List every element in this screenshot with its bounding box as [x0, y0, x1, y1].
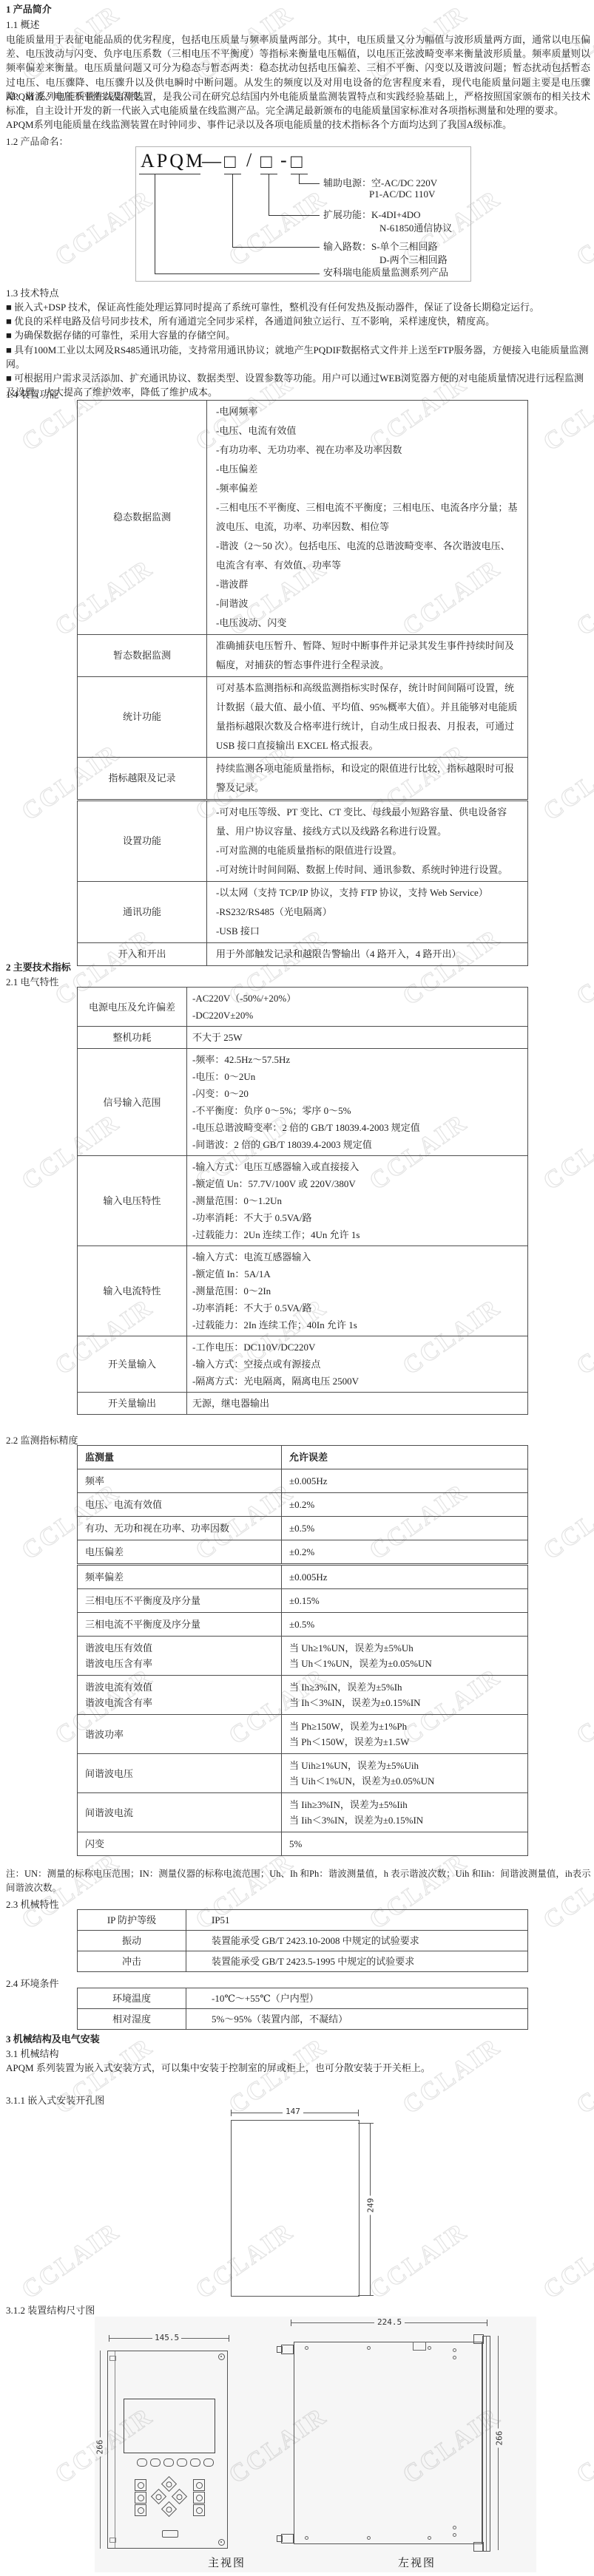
table-cell-label: 开关量输入: [78, 1336, 187, 1393]
keypad-button: [135, 2479, 146, 2491]
table-cell-label: 指标越限及记录: [78, 758, 207, 801]
keypad-button: [193, 2479, 205, 2491]
screw-dot: [305, 2346, 308, 2350]
naming-label-aux-1: 辅助电源：空-AC/DC 220V: [323, 175, 437, 189]
table-row: 开关量输入-工作电压：DC110V/DC220V -输入方式：空接点或有源接点 …: [78, 1336, 528, 1393]
screw-dot: [367, 2346, 371, 2350]
led-indicator: [150, 2458, 161, 2467]
table-cell-label: 环境温度: [78, 1988, 186, 2009]
arrow-key-down: [161, 2501, 177, 2517]
table-row: 有功、无功和视在功率、功率因数±0.5%: [78, 1517, 528, 1540]
naming-label-ext-2: N-61850通信协议: [379, 220, 452, 234]
table-cell-label: 稳态数据监测: [78, 401, 207, 635]
table-row: 振动装置能承受 GB/T 2423.10-2008 中规定的试验要求: [78, 1931, 528, 1951]
dimension-figure: 145.5 266: [95, 2317, 536, 2572]
lcd-screen: [124, 2399, 215, 2453]
table-cell-value: 无源，继电器输出: [187, 1393, 528, 1415]
table-row: 设置功能-可对电压等级、PT 变比、CT 变比、母线最小短路容量、供电设备容量、…: [78, 801, 528, 882]
accuracy-table: 监测量允许误差频率±0.005Hz电压、电流有效值±0.2%有功、无功和视在功率…: [77, 1445, 528, 1856]
overview-paragraph-2: APQM 系列电能质量在线监测装置，是我公司在研究总结国内外电能质量监测装置特点…: [6, 89, 590, 118]
table-row: 谐波电压有效值 谐波电压含有率当 Uh≥1%UN，误差为±5%Uh 当 Uh＜1…: [78, 1637, 528, 1676]
overview-paragraph-3: APQM系列电能质量在线监测装置在时钟同步、事件记录以及各项电能质量的技术指标各…: [6, 118, 590, 132]
feature-item: ■ 为确保数据存储的可靠性，采用大容量的存储空间。: [6, 328, 592, 342]
usb-port-cover: [162, 2530, 178, 2538]
product-naming-diagram: APQM — □ / □ - □ 辅助电源：空-AC/DC 220V P1-AC…: [135, 146, 471, 282]
table-cell-value: 当 Uih≥1%UN，误差为±5%Uih 当 Uih＜1%UN，误差为±0.05…: [282, 1754, 528, 1793]
arrow-key-right: [172, 2489, 187, 2504]
table-row: 暂态数据监测准确捕获电压暂升、暂降、短时中断事件并记录其发生事件持续时间及幅度，…: [78, 635, 528, 677]
table-cell-value: ±0.005Hz: [282, 1469, 528, 1493]
arrow-key-left: [151, 2489, 166, 2504]
mount-tab: [473, 2334, 484, 2344]
table-cell-value: IP51: [186, 1910, 528, 1931]
table-cell-value: 装置能承受 GB/T 2423.5-1995 中规定的试验要求: [186, 1951, 528, 1972]
table-cell-value: ±0.15%: [282, 1589, 528, 1613]
table-row: 闪变5%: [78, 1832, 528, 1856]
naming-label-series: 安科瑞电能质量监测系列产品: [323, 265, 448, 279]
table-cell-label: 频率: [78, 1469, 282, 1493]
device-functions-table: 稳态数据监测-电网频率 -电压、电流有效值 -有功功率、无功功率、视在功率及功率…: [77, 400, 528, 966]
table-cell-label: 开入和开出: [78, 943, 207, 966]
screw-dot: [367, 2536, 371, 2540]
table-cell-value: 用于外部触发记录和越限告警输出（4 路开入，4 路开出）: [207, 943, 528, 966]
section-1-4-title: 1.4 装置功能: [6, 387, 59, 401]
screw-dot: [453, 2533, 456, 2537]
table-cell-label: 监测量: [78, 1446, 282, 1469]
naming-label-input-1: 输入路数：S-单个三相回路: [323, 239, 438, 253]
table-row: 稳态数据监测-电网频率 -电压、电流有效值 -有功功率、无功功率、视在功率及功率…: [78, 401, 528, 635]
cutout-dim-ext: [358, 2295, 374, 2296]
table-cell-label: 设置功能: [78, 801, 207, 882]
screw-dot: [428, 2346, 431, 2350]
table-row: 间谐波电压当 Uih≥1%UN，误差为±5%Uih 当 Uih＜1%UN，误差为…: [78, 1754, 528, 1793]
feature-item: ■ 可根据用户需求灵活添加、扩充通讯协议、数据类型、设置参数等功能。用户可以通过…: [6, 371, 592, 399]
table-row: 整机功耗不大于 25W: [78, 1027, 528, 1049]
section-1-1-title: 1.1 概述: [6, 17, 40, 31]
screw-dot: [453, 2348, 456, 2352]
table-cell-value: ±0.5%: [282, 1517, 528, 1540]
table-cell-value: 持续监测各项电能质量指标，和设定的限值进行比较，指标越限时可报警及记录。: [207, 758, 528, 801]
table-cell-value: -工作电压：DC110V/DC220V -输入方式：空接点或有源接点 -隔离方式…: [187, 1336, 528, 1393]
keypad-button: [135, 2492, 146, 2504]
table-row: 三相电压不平衡度及序分量±0.15%: [78, 1589, 528, 1613]
led-indicator: [163, 2458, 174, 2467]
table-cell-value: 不大于 25W: [187, 1027, 528, 1049]
table-row: 谐波功率当 Ph≥150W，误差为±1%Ph 当 Ph＜150W，误差为±1.5…: [78, 1715, 528, 1754]
section-1-3-title: 1.3 技术特点: [6, 285, 59, 299]
cutout-dim-ext: [358, 2123, 374, 2124]
table-row: 统计功能可对基本监测指标和高级监测指标实时保存，统计时间间隔可设置，统计数据（最…: [78, 677, 528, 758]
table-row: 输入电压特性-输入方式：电压互感器输入或直接接入 -额定值 Un：57.7V/1…: [78, 1156, 528, 1246]
terminal-knob-cap: [277, 2346, 283, 2353]
electrical-characteristics-table: 电源电压及允许偏差-AC220V（-50%/+20%） -DC220V±20%整…: [77, 987, 528, 1415]
environment-table: 环境温度-10℃～+55℃（户内型）相对湿度5%～95%（装置内部，不凝结）: [77, 1988, 528, 2030]
naming-title-hyphen: -: [280, 149, 287, 171]
table-cell-label: 谐波功率: [78, 1715, 282, 1754]
table-cell-value: -可对电压等级、PT 变比、CT 变比、母线最小短路容量、供电设备容量、用户协议…: [207, 801, 528, 882]
front-width-dim: 145.5: [152, 2333, 181, 2342]
mount-tab: [473, 2542, 484, 2552]
table-row: 间谐波电流当 Iih≥3%IN，误差为±5%Iih 当 Iih＜3%IN，误差为…: [78, 1793, 528, 1832]
table-cell-label: 输入电压特性: [78, 1156, 187, 1246]
screw-icon: [218, 2539, 225, 2546]
table-cell-label: 整机功耗: [78, 1027, 187, 1049]
table-cell-label: 开关量输出: [78, 1393, 187, 1415]
table-cell-label: 谐波电流有效值 谐波电流含有率: [78, 1676, 282, 1715]
side-dim-tick: [291, 2320, 291, 2326]
table-cell-label: 冲击: [78, 1951, 186, 1972]
table-cell-value: -输入方式：电流互感器输入 -额定值 In：5A/1A -测量范围：0～2In …: [187, 1246, 528, 1336]
feature-item: ■ 嵌入式+DSP 技术，保证高性能处理运算同时提高了系统可靠性，整机没有任何发…: [6, 300, 592, 314]
table-cell-value: -电网频率 -电压、电流有效值 -有功功率、无功功率、视在功率及功率因数 -电压…: [207, 401, 528, 635]
naming-title-apqm: APQM: [141, 150, 205, 172]
table-row: 相对湿度5%～95%（装置内部，不凝结）: [78, 2009, 528, 2030]
side-body-outline: [294, 2342, 482, 2544]
table-cell-value: -频率：42.5Hz～57.5Hz -电压：0～2Un -闪变：0～20 -不平…: [187, 1049, 528, 1156]
section-1-2-title: 1.2 产品命名：: [6, 134, 69, 148]
table-cell-label: 电压偏差: [78, 1540, 282, 1565]
table-cell-value: 5%～95%（装置内部，不凝结）: [186, 2009, 528, 2030]
section-2-2-title: 2.2 监测指标精度: [6, 1433, 78, 1447]
table-row: 谐波电流有效值 谐波电流含有率当 Ih≥3%IN，误差为±5%Ih 当 Ih＜3…: [78, 1676, 528, 1715]
table-row: IP 防护等级IP51: [78, 1910, 528, 1931]
front-panel-strip: [115, 2351, 115, 2548]
document-content: 1 产品简介 1.1 概述 电能质量用于表征电能品质的优劣程度，包括电压质量与频…: [0, 0, 594, 2576]
naming-title-box2: □: [260, 151, 272, 173]
table-cell-label: 暂态数据监测: [78, 635, 207, 677]
section-3-1-2-title: 3.1.2 装置结构尺寸图: [6, 2303, 95, 2317]
table-cell-label: 三相电流不平衡度及序分量: [78, 1613, 282, 1637]
table-cell-value: ±0.005Hz: [282, 1565, 528, 1589]
table-row: 输入电流特性-输入方式：电流互感器输入 -额定值 In：5A/1A -测量范围：…: [78, 1246, 528, 1336]
screw-dot: [428, 2536, 431, 2540]
table-row: 通讯功能-以太网（支持 TCP/IP 协议，支持 FTP 协议，支持 Web S…: [78, 882, 528, 943]
led-indicator: [190, 2458, 200, 2467]
arrow-key-up: [161, 2476, 177, 2492]
table-cell-value: 当 Iih≥3%IN，误差为±5%Iih 当 Iih＜3%IN，误差为±0.15…: [282, 1793, 528, 1832]
top-bracket: [413, 2342, 426, 2351]
section-2-title: 2 主要技术指标: [6, 959, 71, 973]
led-indicator: [177, 2458, 187, 2467]
terminal-knob: [281, 2345, 294, 2354]
table-row: 电压、电流有效值±0.2%: [78, 1493, 528, 1517]
table-cell-value: 5%: [282, 1832, 528, 1856]
table-cell-label: 通讯功能: [78, 882, 207, 943]
table-cell-value: 当 Ih≥3%IN，误差为±5%Ih 当 Ih＜3%IN，误差为±0.15%IN: [282, 1676, 528, 1715]
table-cell-label: 闪变: [78, 1832, 282, 1856]
table-cell-label: 谐波电压有效值 谐波电压含有率: [78, 1637, 282, 1676]
front-dim-tick: [109, 2335, 109, 2342]
front-panel-outline: [107, 2351, 228, 2549]
led-indicator: [203, 2458, 214, 2467]
table-cell-value: 准确捕获电压暂升、暂降、短时中断事件并记录其发生事件持续时间及幅度，对捕获的暂态…: [207, 635, 528, 677]
keypad-button: [135, 2504, 146, 2516]
table-cell-label: 电压、电流有效值: [78, 1493, 282, 1517]
table-cell-value: 允许误差: [282, 1446, 528, 1469]
table-cell-label: 电源电压及允许偏差: [78, 988, 187, 1027]
screw-dot: [453, 2356, 456, 2359]
cutout-rectangle: [231, 2120, 360, 2297]
table-cell-value: 装置能承受 GB/T 2423.10-2008 中规定的试验要求: [186, 1931, 528, 1951]
structure-paragraph: APQM 系列装置为嵌入式安装方式，可以集中安装于控制室的屏或柜上，也可分散安装…: [6, 2061, 479, 2076]
table-cell-label: 统计功能: [78, 677, 207, 758]
cutout-height-dim: 249: [365, 2196, 375, 2215]
front-view-label: 主视图: [208, 2555, 246, 2570]
table-cell-value: -输入方式：电压互感器输入或直接接入 -额定值 Un：57.7V/100V 或 …: [187, 1156, 528, 1246]
table-cell-value: -以太网（支持 TCP/IP 协议，支持 FTP 协议，支持 Web Servi…: [207, 882, 528, 943]
table-cell-value: 当 Uh≥1%UN，误差为±5%Uh 当 Uh＜1%UN，误差为±0.05%UN: [282, 1637, 528, 1676]
naming-title-box1: □: [224, 151, 236, 173]
section-1-title: 1 产品简介: [6, 1, 52, 16]
mount-notch: [109, 2356, 116, 2361]
table-row: 电压偏差±0.2%: [78, 1540, 528, 1565]
table-cell-value: ±0.2%: [282, 1493, 528, 1517]
feature-item: ■ 优良的采样电路及信号同步技术，所有通道完全同步采样，各通道间独立运行、互不影…: [6, 314, 592, 328]
feature-item: ■ 具有100M工业以太网及RS485通讯功能，支持常用通讯协议；就地产生PQD…: [6, 343, 592, 371]
section-3-title: 3 机械结构及电气安装: [6, 2031, 100, 2045]
table-cell-label: 相对湿度: [78, 2009, 186, 2030]
table-row: 开入和开出用于外部触发记录和越限告警输出（4 路开入，4 路开出）: [78, 943, 528, 966]
cutout-width-dim: 147: [283, 2107, 303, 2116]
cutout-dim-tick: [358, 2110, 359, 2116]
table-row: 频率偏差±0.005Hz: [78, 1565, 528, 1589]
table-cell-label: 信号输入范围: [78, 1049, 187, 1156]
screw-dot: [453, 2526, 456, 2529]
side-width-dim: 224.5: [374, 2317, 405, 2327]
table-row: 指标越限及记录持续监测各项电能质量指标，和设定的限值进行比较，指标越限时可报警及…: [78, 758, 528, 801]
naming-title-dash: —: [202, 150, 221, 172]
front-height-dim: 266: [95, 2438, 104, 2457]
section-2-1-title: 2.1 电气特性: [6, 974, 59, 988]
cutout-dim-tick: [231, 2110, 232, 2116]
naming-title-box3: □: [291, 151, 303, 173]
terminal-knob-cap: [277, 2535, 283, 2542]
table-cell-label: 频率偏差: [78, 1565, 282, 1589]
table-cell-label: IP 防护等级: [78, 1910, 186, 1931]
side-flange: [482, 2336, 490, 2552]
naming-title-slash: /: [246, 149, 252, 171]
section-2-4-title: 2.4 环境条件: [6, 1976, 59, 1990]
front-dim-tick: [229, 2335, 229, 2342]
terminal-knob: [281, 2534, 294, 2543]
section-2-3-title: 2.3 机械特性: [6, 1897, 59, 1911]
keypad-button: [193, 2492, 205, 2504]
naming-label-aux-2: P1-AC/DC 110V: [369, 188, 435, 200]
table-row: 冲击装置能承受 GB/T 2423.5-1995 中规定的试验要求: [78, 1951, 528, 1972]
table-cell-value: ±0.5%: [282, 1613, 528, 1637]
table-row: 电源电压及允许偏差-AC220V（-50%/+20%） -DC220V±20%: [78, 988, 528, 1027]
feature-list: ■ 嵌入式+DSP 技术，保证高性能处理运算同时提高了系统可靠性，整机没有任何发…: [6, 300, 592, 399]
side-view-label: 左视图: [398, 2555, 436, 2570]
table-row: 三相电流不平衡度及序分量±0.5%: [78, 1613, 528, 1637]
table-cell-label: 振动: [78, 1931, 186, 1951]
section-3-1-title: 3.1 机械结构: [6, 2046, 59, 2060]
document-page: CCLAIRCCLAIRCCLAIRCCLAIRCCLAIRCCLAIRCCLA…: [0, 0, 594, 2576]
table-cell-label: 三相电压不平衡度及序分量: [78, 1589, 282, 1613]
side-flange-line: [486, 2337, 487, 2551]
table-cell-value: ±0.2%: [282, 1540, 528, 1565]
table-cell-label: 间谐波电压: [78, 1754, 282, 1793]
screw-icon: [218, 2354, 225, 2360]
cutout-drawing: 147 249: [0, 2103, 594, 2301]
table-row: 开关量输出无源，继电器输出: [78, 1393, 528, 1415]
screw-dot: [305, 2536, 308, 2540]
keypad-button: [193, 2504, 205, 2516]
side-dim-tick: [487, 2320, 487, 2326]
table-cell-label: 间谐波电流: [78, 1793, 282, 1832]
table-cell-value: -AC220V（-50%/+20%） -DC220V±20%: [187, 988, 528, 1027]
mechanical-table: IP 防护等级IP51振动装置能承受 GB/T 2423.10-2008 中规定…: [77, 1909, 528, 1972]
table-cell-value: 当 Ph≥150W，误差为±1%Ph 当 Ph＜150W，误差为±1.5W: [282, 1715, 528, 1754]
table-row: 频率±0.005Hz: [78, 1469, 528, 1493]
table-row: 环境温度-10℃～+55℃（户内型）: [78, 1988, 528, 2009]
naming-label-ext-1: 扩展功能：K-4DI+4DO: [323, 207, 421, 221]
table-cell-label: 输入电流特性: [78, 1246, 187, 1336]
side-height-dim: 266: [494, 2429, 504, 2448]
led-indicator: [137, 2458, 147, 2467]
table-row: 监测量允许误差: [78, 1446, 528, 1469]
table-cell-label: 有功、无功和视在功率、功率因数: [78, 1517, 282, 1540]
connector-aux-power: [299, 174, 320, 184]
table-cell-value: -10℃～+55℃（户内型）: [186, 1988, 528, 2009]
accuracy-note: 注：UN：测量的标称电压范围；IN：测量仪器的标称电流范围；Uh、Ih 和Ph：…: [6, 1867, 592, 1895]
mount-notch: [109, 2538, 116, 2543]
table-row: 信号输入范围-频率：42.5Hz～57.5Hz -电压：0～2Un -闪变：0～…: [78, 1049, 528, 1156]
table-cell-value: 可对基本监测指标和高级监测指标实时保存，统计时间间隔可设置，统计数据（最大值、最…: [207, 677, 528, 758]
